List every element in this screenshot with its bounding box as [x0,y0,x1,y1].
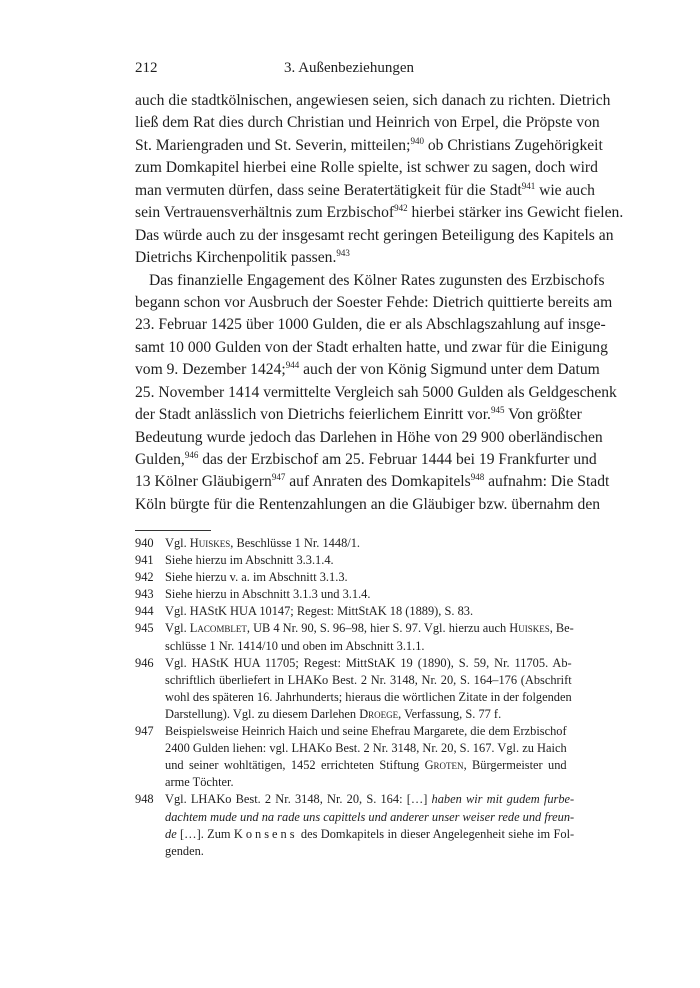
text-line: samt 10 000 Gulden von der Stadt erhalte… [135,337,563,359]
text-line: 25. November 1414 vermittelte Vergleich … [135,382,563,404]
text-line: zum Domkapitel hierbei eine Rolle spielt… [135,157,563,179]
footnote-ref[interactable]: 947 [272,472,286,482]
footnote: 943Siehe hierzu in Abschnitt 3.1.3 und 3… [135,586,563,603]
footnote-number: 947 [135,723,165,791]
footnote-text: Siehe hierzu v. a. im Abschnitt 3.1.3. [165,569,563,586]
text-line: Dietrichs Kirchenpolitik passen.943 [135,247,563,269]
text-line: der Stadt anlässlich von Dietrichs feier… [135,404,563,426]
footnote-text: Beispielsweise Heinrich Haich und seine … [165,723,567,791]
footnote-number: 942 [135,569,165,586]
footnote: 947Beispielsweise Heinrich Haich und sei… [135,723,563,791]
footnote-text: Vgl. HAStK HUA 11705; Regest: MittStAK 1… [165,655,572,723]
footnote-ref[interactable]: 942 [394,203,408,213]
footnote-text: Vgl. Huiskes, Beschlüsse 1 Nr. 1448/1. [165,535,563,552]
footnote: 948Vgl. LHAKo Best. 2 Nr. 3148, Nr. 20, … [135,791,563,859]
footnote-number: 945 [135,620,165,654]
footnote-text: Vgl. HAStK HUA 10147; Regest: MittStAK 1… [165,603,563,620]
footnote: 944Vgl. HAStK HUA 10147; Regest: MittStA… [135,603,563,620]
running-head: 3. Außenbeziehungen [135,60,563,77]
footnote: 941Siehe hierzu im Abschnitt 3.3.1.4. [135,552,563,569]
text-line: auch die stadtkölnischen, angewiesen sei… [135,90,563,112]
footnote: 940Vgl. Huiskes, Beschlüsse 1 Nr. 1448/1… [135,535,563,552]
footnote: 945Vgl. Lacomblet, UB 4 Nr. 90, S. 96–98… [135,620,563,654]
text-line: Das finanzielle Engagement des Kölner Ra… [135,270,563,292]
footnote-ref[interactable]: 945 [491,405,505,415]
text-line: Köln bürgte für die Rentenzahlungen an d… [135,494,563,516]
footnotes: 940Vgl. Huiskes, Beschlüsse 1 Nr. 1448/1… [135,535,563,860]
footnote: 942Siehe hierzu v. a. im Abschnitt 3.1.3… [135,569,563,586]
text-line: St. Mariengraden und St. Severin, mittei… [135,135,563,157]
footnote-ref[interactable]: 948 [471,472,485,482]
footnote-text: Siehe hierzu im Abschnitt 3.3.1.4. [165,552,563,569]
text-line: Gulden,946 das der Erzbischof am 25. Feb… [135,449,563,471]
text-line: 13 Kölner Gläubigern947 auf Anraten des … [135,471,563,493]
footnote-number: 946 [135,655,165,723]
text-line: begann schon vor Ausbruch der Soester Fe… [135,292,563,314]
text-line: vom 9. Dezember 1424;944 auch der von Kö… [135,359,563,381]
footnote-number: 944 [135,603,165,620]
footnote-ref[interactable]: 946 [185,450,199,460]
main-text: auch die stadtkölnischen, angewiesen sei… [135,90,563,516]
text-line: Das würde auch zu der insgesamt recht ge… [135,225,563,247]
footnote-number: 943 [135,586,165,603]
footnote-ref[interactable]: 944 [286,360,300,370]
footnote-text: Vgl. LHAKo Best. 2 Nr. 3148, Nr. 20, S. … [165,791,574,859]
text-line: sein Vertrauensverhältnis zum Erzbischof… [135,202,563,224]
footnote-text: Vgl. Lacomblet, UB 4 Nr. 90, S. 96–98, h… [165,620,574,654]
footnote-ref[interactable]: 940 [410,136,424,146]
footnote-number: 940 [135,535,165,552]
footnote-number: 941 [135,552,165,569]
text-line: 23. Februar 1425 über 1000 Gulden, die e… [135,314,563,336]
text-line: man vermuten dürfen, dass seine Beratert… [135,180,563,202]
footnote-divider [135,530,211,531]
text-line: ließ dem Rat dies durch Christian und He… [135,112,563,134]
footnote-number: 948 [135,791,165,859]
text-line: Bedeutung wurde jedoch das Darlehen in H… [135,427,563,449]
footnote-text: Siehe hierzu in Abschnitt 3.1.3 und 3.1.… [165,586,563,603]
footnote-ref[interactable]: 941 [522,181,536,191]
footnote: 946Vgl. HAStK HUA 11705; Regest: MittStA… [135,655,563,723]
footnote-ref[interactable]: 943 [336,248,350,258]
